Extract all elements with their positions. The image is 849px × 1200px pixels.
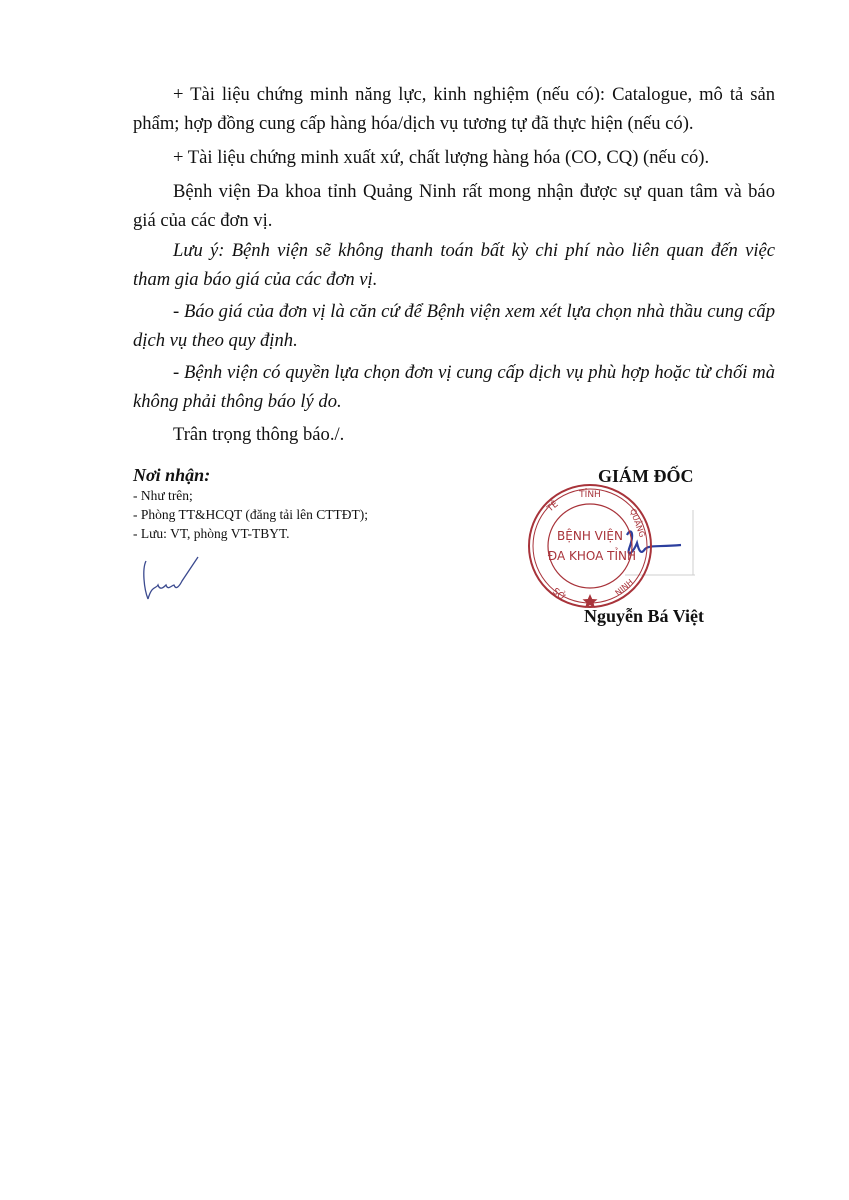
recipient-item: - Như trên; <box>133 486 463 505</box>
recipient-item: - Lưu: VT, phòng VT-TBYT. <box>133 524 463 543</box>
svg-text:NINH: NINH <box>614 578 635 598</box>
recipient-item: - Phòng TT&HCQT (đăng tải lên CTTĐT); <box>133 505 463 524</box>
paragraph-origin-docs: + Tài liệu chứng minh xuất xứ, chất lượn… <box>133 143 775 172</box>
recipients-block: Nơi nhận: - Như trên; - Phòng TT&HCQT (đ… <box>133 464 463 543</box>
paragraph-closing: Trân trọng thông báo./. <box>133 420 775 449</box>
svg-text:BỆNH VIỆN: BỆNH VIỆN <box>557 528 623 543</box>
paragraph-note-quote: - Báo giá của đơn vị là căn cứ để Bệnh v… <box>133 297 775 355</box>
official-stamp-icon: TỈNH TẾ QUẢNG SỞ NINH BỆNH VIỆN ĐA KHOA … <box>526 482 654 610</box>
recipients-title: Nơi nhận: <box>133 464 463 486</box>
paragraph-note-rights: - Bệnh viện có quyền lựa chọn đơn vị cun… <box>133 358 775 416</box>
paragraph-request: Bệnh viện Đa khoa tỉnh Quảng Ninh rất mo… <box>133 177 775 235</box>
svg-text:ĐA KHOA TỈNH: ĐA KHOA TỈNH <box>548 547 636 563</box>
svg-text:TỈNH: TỈNH <box>578 488 601 500</box>
document-page: + Tài liệu chứng minh năng lực, kinh ngh… <box>0 0 849 1200</box>
paragraph-note: Lưu ý: Bệnh viện sẽ không thanh toán bất… <box>133 236 775 294</box>
paragraph-capability-docs: + Tài liệu chứng minh năng lực, kinh ngh… <box>133 80 775 138</box>
initials-signature-icon <box>140 555 200 605</box>
svg-text:SỞ: SỞ <box>550 585 568 603</box>
svg-text:TẾ: TẾ <box>543 498 560 515</box>
